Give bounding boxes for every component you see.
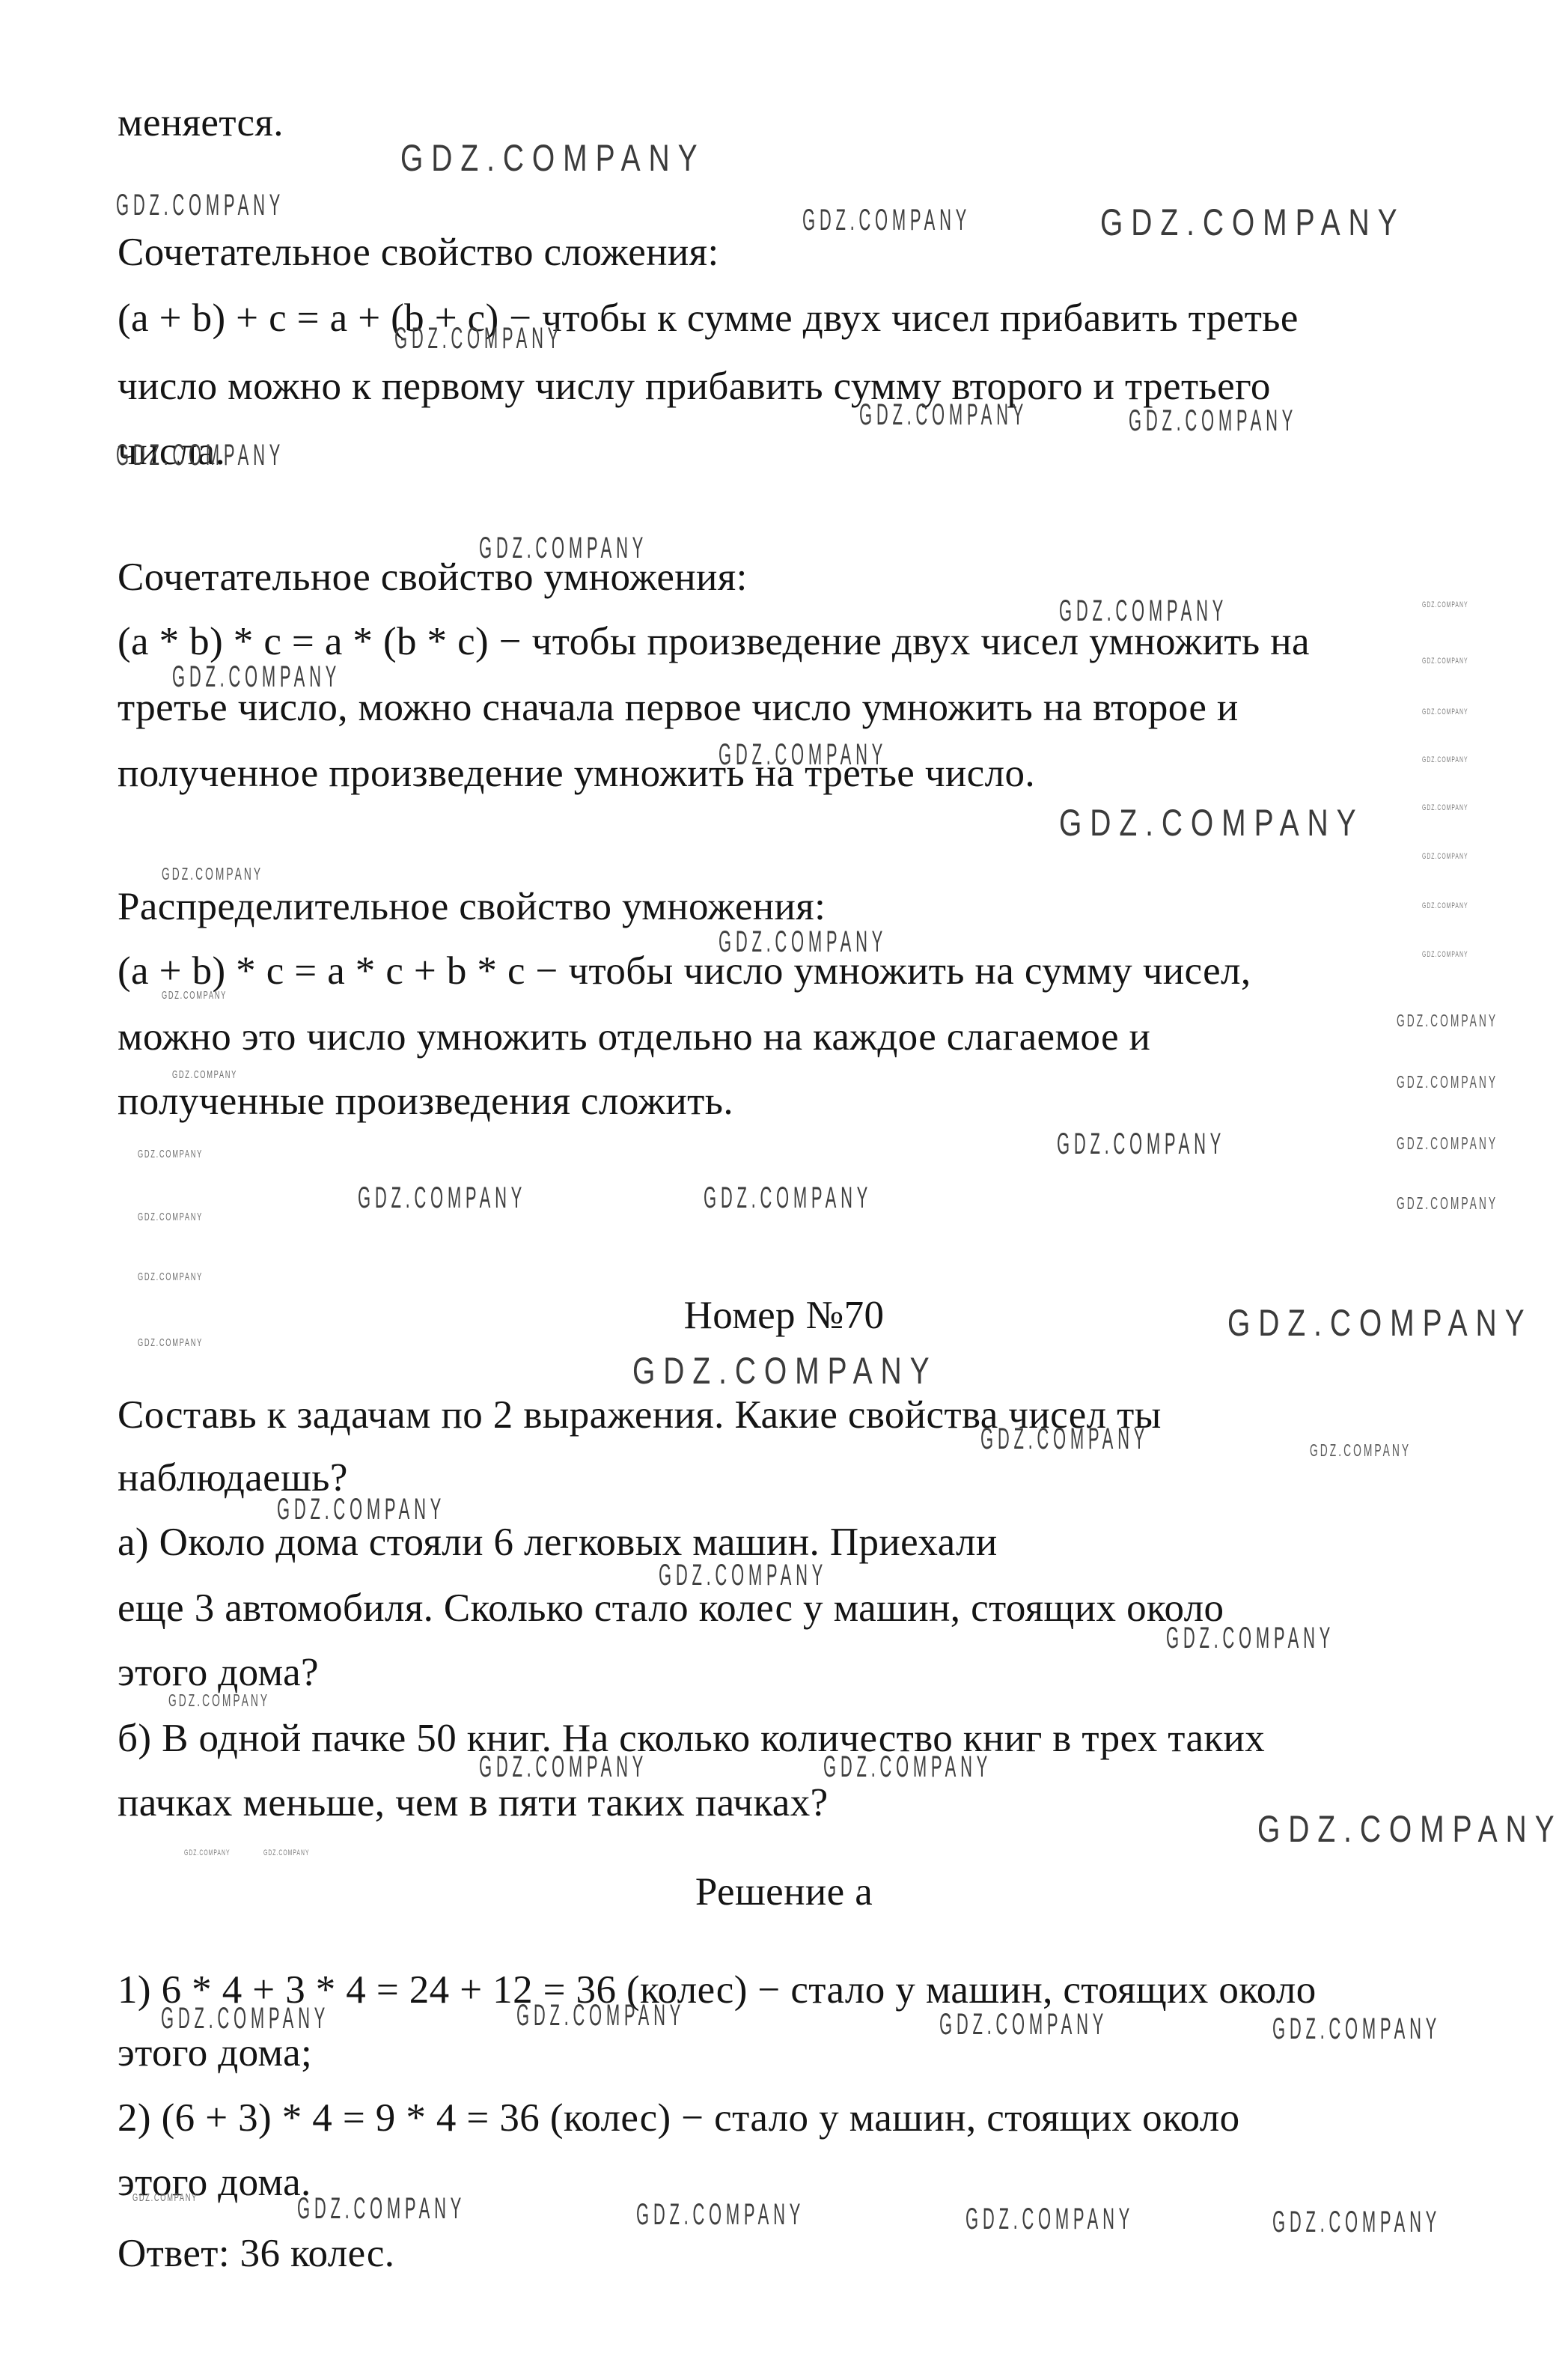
watermark: GDZ.COMPANY — [1310, 1442, 1411, 1459]
watermark: GDZ.COMPANY — [1397, 1135, 1498, 1152]
solution-step-1: этого дома; — [118, 2030, 312, 2076]
watermark: GDZ.COMPANY — [516, 2000, 685, 2030]
solution-step-2: 2) (6 + 3) * 4 = 9 * 4 = 36 (колес) − ст… — [118, 2096, 1239, 2141]
watermark: GDZ.COMPANY — [132, 2192, 198, 2203]
section-heading-distributive: Распределительное свойство умножения: — [118, 884, 826, 930]
task-a-line: еще 3 автомобиля. Сколько стало колес у … — [118, 1586, 1224, 1631]
paragraph-line: меняется. — [118, 100, 284, 146]
watermark: GDZ.COMPANY — [1397, 1074, 1498, 1091]
watermark: GDZ.COMPANY — [277, 1494, 445, 1524]
watermark: GDZ.COMPANY — [479, 1752, 647, 1782]
paragraph-line: полученное произведение умножить на трет… — [118, 751, 1035, 797]
document-page: меняется.Сочетательное свойство сложения… — [0, 0, 1568, 2380]
watermark: GDZ.COMPANY — [1422, 804, 1468, 812]
watermark: GDZ.COMPANY — [1422, 902, 1468, 910]
formula-addition: (a + b) + c = a + (b + c) − чтобы к сумм… — [118, 296, 1299, 341]
watermark: GDZ.COMPANY — [980, 1424, 1149, 1454]
answer-line: Ответ: 36 колес. — [118, 2231, 394, 2277]
watermark: GDZ.COMPANY — [172, 662, 341, 692]
paragraph-line: полученные произведения сложить. — [118, 1079, 733, 1124]
watermark: GDZ.COMPANY — [116, 440, 284, 470]
watermark: GDZ.COMPANY — [116, 190, 284, 220]
watermark: GDZ.COMPANY — [719, 740, 887, 770]
watermark: GDZ.COMPANY — [939, 2009, 1108, 2039]
task-b-line: б) В одной пачке 50 книг. На сколько кол… — [118, 1716, 1265, 1762]
watermark: GDZ.COMPANY — [263, 1849, 310, 1857]
watermark: GDZ.COMPANY — [138, 1211, 203, 1223]
watermark: GDZ.COMPANY — [1397, 1012, 1498, 1029]
watermark: GDZ.COMPANY — [965, 2204, 1134, 2234]
watermark: GDZ.COMPANY — [479, 533, 647, 563]
watermark: GDZ.COMPANY — [162, 990, 227, 1001]
watermark: GDZ.COMPANY — [823, 1752, 992, 1782]
paragraph-line: можно это число умножить отдельно на каж… — [118, 1014, 1150, 1060]
watermark: GDZ.COMPANY — [1059, 804, 1364, 841]
watermark: GDZ.COMPANY — [1057, 1129, 1225, 1159]
watermark: GDZ.COMPANY — [1422, 657, 1468, 666]
watermark: GDZ.COMPANY — [1422, 951, 1468, 959]
watermark: GDZ.COMPANY — [1272, 2207, 1441, 2237]
task-a-line: этого дома? — [118, 1650, 319, 1696]
watermark: GDZ.COMPANY — [719, 927, 887, 957]
task-a-line: а) Около дома стояли 6 легковых машин. П… — [118, 1520, 998, 1565]
watermark: GDZ.COMPANY — [358, 1183, 526, 1213]
watermark: GDZ.COMPANY — [161, 2003, 329, 2033]
watermark: GDZ.COMPANY — [1397, 1195, 1498, 1212]
watermark: GDZ.COMPANY — [802, 205, 971, 235]
watermark: GDZ.COMPANY — [138, 1148, 203, 1160]
watermark: GDZ.COMPANY — [394, 323, 563, 353]
watermark: GDZ.COMPANY — [1422, 601, 1468, 609]
paragraph-line: число можно к первому числу прибавить су… — [118, 364, 1271, 410]
watermark: GDZ.COMPANY — [1059, 596, 1227, 626]
watermark: GDZ.COMPANY — [704, 1183, 872, 1213]
watermark: GDZ.COMPANY — [659, 1560, 827, 1590]
watermark: GDZ.COMPANY — [138, 1271, 203, 1282]
watermark: GDZ.COMPANY — [162, 865, 263, 883]
watermark: GDZ.COMPANY — [1129, 406, 1297, 436]
watermark: GDZ.COMPANY — [400, 139, 706, 177]
solution-heading: Решение а — [0, 1869, 1568, 1915]
watermark: GDZ.COMPANY — [297, 2194, 466, 2224]
watermark: GDZ.COMPANY — [1227, 1304, 1533, 1342]
watermark: GDZ.COMPANY — [138, 1337, 203, 1348]
watermark: GDZ.COMPANY — [184, 1849, 231, 1857]
watermark: GDZ.COMPANY — [1422, 853, 1468, 861]
watermark: GDZ.COMPANY — [1257, 1810, 1563, 1848]
watermark: GDZ.COMPANY — [1272, 2014, 1441, 2044]
watermark: GDZ.COMPANY — [1422, 708, 1468, 716]
watermark: GDZ.COMPANY — [1100, 204, 1406, 241]
watermark: GDZ.COMPANY — [632, 1352, 938, 1390]
watermark: GDZ.COMPANY — [1422, 756, 1468, 764]
watermark: GDZ.COMPANY — [859, 400, 1028, 430]
watermark: GDZ.COMPANY — [1166, 1623, 1334, 1653]
watermark: GDZ.COMPANY — [172, 1069, 237, 1080]
section-heading-multiplication: Сочетательное свойство умножения: — [118, 555, 748, 600]
watermark: GDZ.COMPANY — [168, 1692, 269, 1709]
watermark: GDZ.COMPANY — [636, 2200, 805, 2230]
formula-distributive: (a + b) * c = a * c + b * c − чтобы числ… — [118, 949, 1251, 994]
task-b-line: пачках меньше, чем в пяти таких пачках? — [118, 1780, 829, 1826]
section-heading-addition: Сочетательное свойство сложения: — [118, 230, 719, 276]
